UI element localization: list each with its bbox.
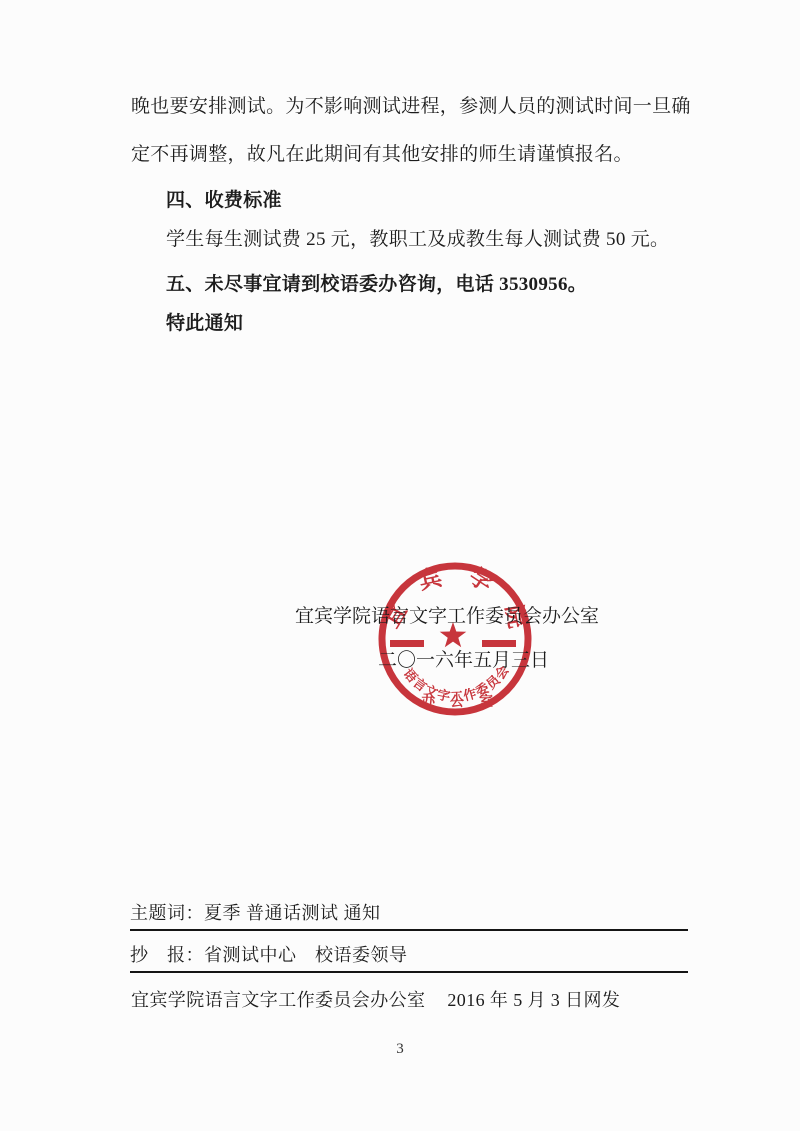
document-page: 晚也要安排测试。为不影响测试进程，参测人员的测试时间一旦确 定不再调整，故凡在此… [0,0,800,1131]
section-heading-four: 四、收费标准 [166,190,282,212]
seal-group: 宜宾学院 语言文字工作委员会 办公室 [378,559,533,712]
seal-office-text: 办公室 [421,693,508,710]
footer-cc-line: 抄 报：省测试中心 校语委领导 [130,941,688,973]
seal-ring [382,566,528,712]
subject-label: 主题词： [130,903,204,923]
issuer-name: 宜宾学院语言文字工作委员会办公室 [131,990,425,1010]
footer-issuer-line: 宜宾学院语言文字工作委员会办公室2016 年 5 月 3 日网发 [131,986,620,1012]
fee-standard-text: 学生每生测试费 25 元，教职工及成教生每人测试费 50 元。 [166,229,669,251]
section-heading-five: 五、未尽事宜请到校语委办咨询，电话 3530956。 [166,274,587,296]
seal-bar-right [482,640,516,647]
signature-date: 二〇一六年五月三日 [378,650,549,672]
subject-value: 夏季 普通话测试 通知 [204,903,381,923]
closing-phrase: 特此通知 [166,313,243,335]
signature-office: 宜宾学院语言文字工作委员会办公室 [295,606,599,628]
footer-subject-line: 主题词：夏季 普通话测试 通知 [130,899,688,931]
cc-value: 省测试中心 校语委领导 [204,945,408,965]
seal-bar-left [390,640,424,647]
paragraph-line-2: 定不再调整，故凡在此期间有其他安排的师生请谨慎报名。 [131,144,633,166]
paragraph-line-1: 晚也要安排测试。为不影响测试进程，参测人员的测试时间一旦确 [131,96,691,118]
cc-label: 抄 报： [130,945,204,965]
issue-date: 2016 年 5 月 3 日网发 [447,990,620,1010]
page-number: 3 [0,1041,800,1058]
